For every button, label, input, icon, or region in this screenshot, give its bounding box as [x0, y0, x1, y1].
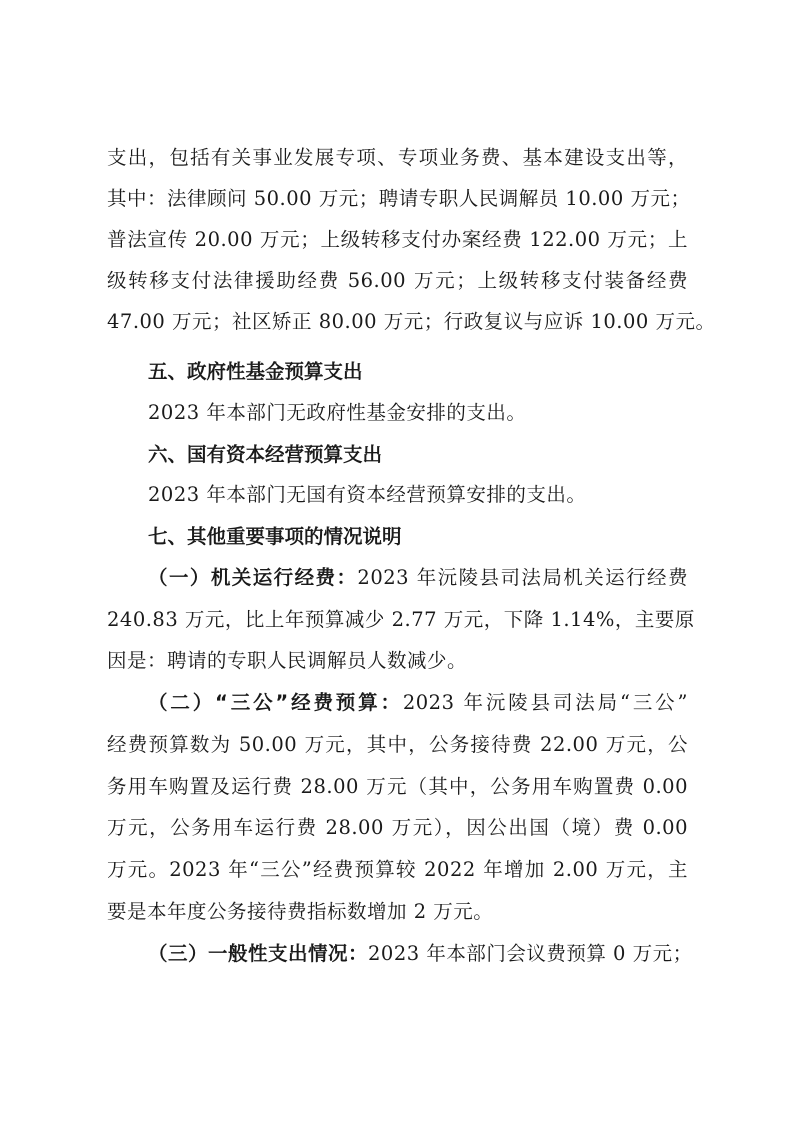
paragraph-line: 其中：法律顾问 50.00 万元；聘请专职人民调解员 10.00 万元； [107, 184, 688, 214]
paragraph-line: 支出，包括有关事业发展专项、专项业务费、基本建设支出等， [107, 143, 688, 173]
item-label: （一）机关运行经费： [148, 566, 357, 589]
item-three-public-expenses-first-line: （二）“三公”经费预算：2023 年沅陵县司法局“三公” [148, 688, 688, 718]
section-heading-other-matters: 七、其他重要事项的情况说明 [148, 522, 688, 552]
section-body-government-fund: 2023 年本部门无政府性基金安排的支出。 [148, 398, 688, 428]
paragraph-line: 47.00 万元；社区矫正 80.00 万元；行政复议与应诉 10.00 万元。 [107, 307, 688, 337]
document-page: 支出，包括有关事业发展专项、专项业务费、基本建设支出等， 其中：法律顾问 50.… [0, 0, 793, 1122]
item-label: （二）“三公”经费预算： [148, 691, 403, 714]
section-heading-government-fund: 五、政府性基金预算支出 [148, 357, 688, 387]
item-operating-expenses-first-line: （一）机关运行经费：2023 年沅陵县司法局机关运行经费 [148, 563, 688, 593]
item-text: 2023 年沅陵县司法局“三公” [403, 691, 688, 714]
item-general-expenses-first-line: （三）一般性支出情况：2023 年本部门会议费预算 0 万元； [148, 939, 688, 969]
paragraph-line: 因是：聘请的专职人民调解员人数减少。 [107, 646, 688, 676]
item-text: 2023 年沅陵县司法局机关运行经费 [357, 566, 688, 589]
item-label: （三）一般性支出情况： [148, 942, 368, 965]
section-heading-state-capital: 六、国有资本经营预算支出 [148, 440, 688, 470]
paragraph-line: 要是本年度公务接待费指标数增加 2 万元。 [107, 897, 688, 927]
item-text: 2023 年本部门会议费预算 0 万元； [368, 942, 693, 965]
section-body-state-capital: 2023 年本部门无国有资本经营预算安排的支出。 [148, 480, 688, 510]
paragraph-line: 240.83 万元，比上年预算减少 2.77 万元，下降 1.14%，主要原 [107, 605, 688, 635]
paragraph-line: 万元，公务用车运行费 28.00 万元），因公出国（境）费 0.00 [107, 813, 688, 843]
paragraph-line: 万元。2023 年“三公”经费预算较 2022 年增加 2.00 万元，主 [107, 855, 688, 885]
paragraph-line: 经费预算数为 50.00 万元，其中，公务接待费 22.00 万元，公 [107, 730, 688, 760]
paragraph-line: 务用车购置及运行费 28.00 万元（其中，公务用车购置费 0.00 [107, 772, 688, 802]
paragraph-line: 级转移支付法律援助经费 56.00 万元；上级转移支付装备经费 [107, 266, 688, 296]
paragraph-line: 普法宣传 20.00 万元；上级转移支付办案经费 122.00 万元；上 [107, 225, 688, 255]
